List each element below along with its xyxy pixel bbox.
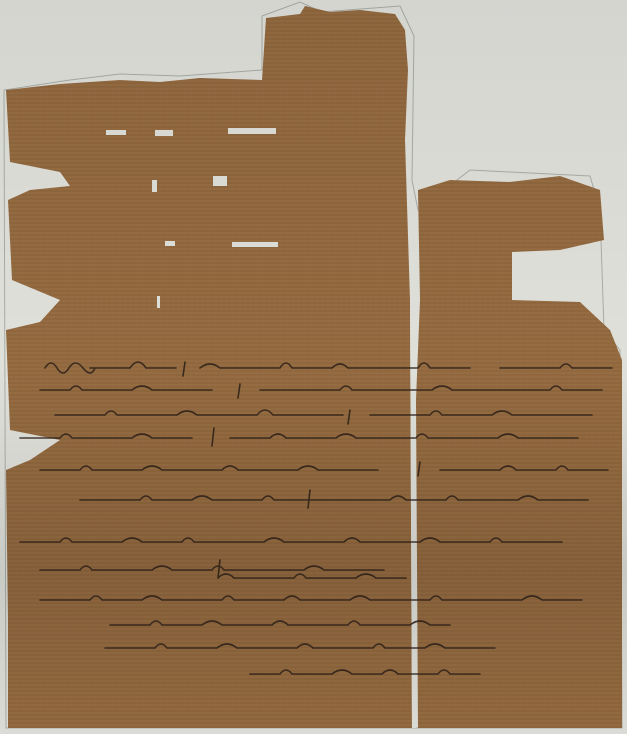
papyrus-photograph [0,0,627,734]
staining-overlay [0,0,627,734]
